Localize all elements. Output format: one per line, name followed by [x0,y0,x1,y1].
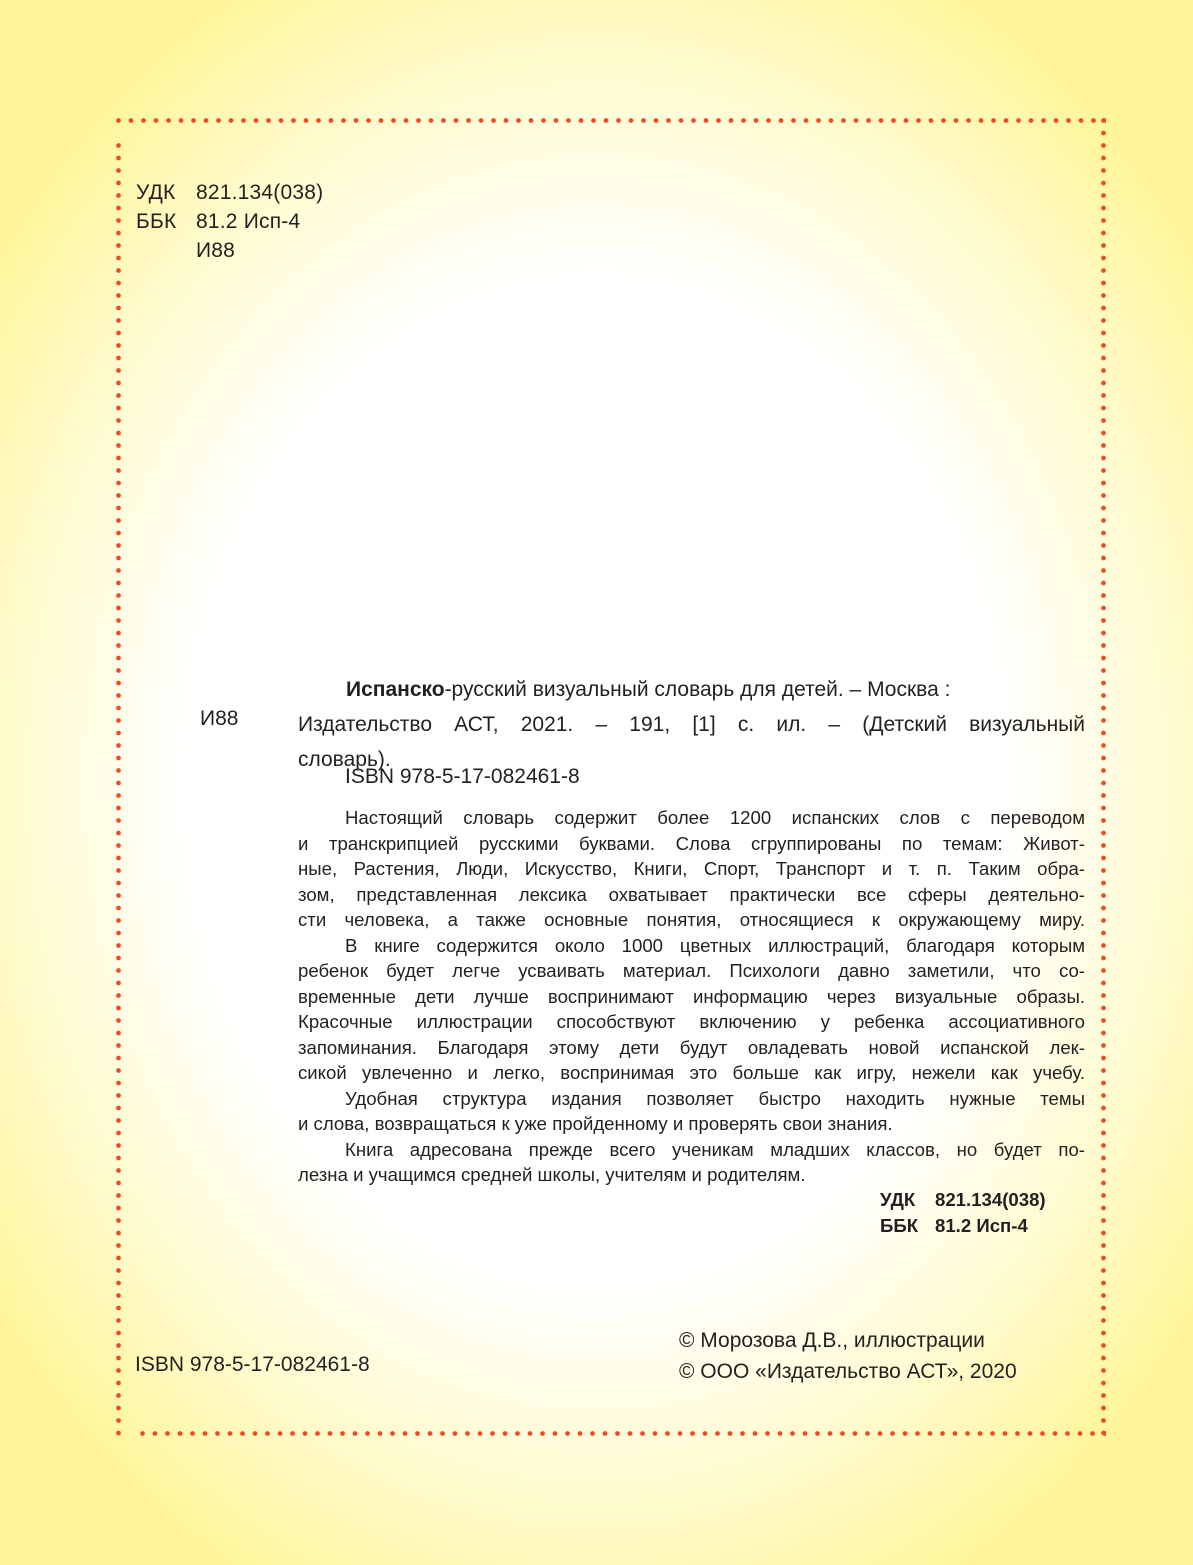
bibliographic-entry: Испанско-русский визуальный словарь для … [298,672,1085,777]
copyright-block: © Морозова Д.В., иллюстрации © ООО «Изда… [679,1325,1017,1387]
udk-label: УДК [880,1187,935,1213]
biblio-line-1: Испанско-русский визуальный словарь для … [298,672,1085,707]
annotation-line: сикой увлеченно и легко, воспринимая это… [298,1060,1085,1086]
annotation-paragraph-1: Настоящий словарь содержит более 1200 ис… [298,805,1085,933]
bbk-value: 81.2 Исп-4 [196,207,300,236]
copyright-illustrations: © Морозова Д.В., иллюстрации [679,1325,1017,1356]
border-bottom-dots [140,1431,1106,1436]
annotation-line: В книге содержится около 1000 цветных ил… [298,933,1085,959]
udk-row: УДК821.134(038) [136,178,323,207]
annotation-line: ные, Растения, Люди, Искусство, Книги, С… [298,856,1085,882]
udk-value: 821.134(038) [196,178,323,207]
classification-top: УДК821.134(038) ББК81.2 Исп-4 И88 [136,178,323,265]
bbk-row: ББК81.2 Исп-4 [136,207,323,236]
bbk-label: ББК [136,207,196,236]
annotation-line: Настоящий словарь содержит более 1200 ис… [298,805,1085,831]
udk-value: 821.134(038) [935,1189,1046,1210]
annotation-paragraph-4: Книга адресована прежде всего ученикам м… [298,1137,1085,1188]
annotation-line: ребенок будет легче усваивать материал. … [298,958,1085,984]
annotation-paragraph-2: В книге содержится около 1000 цветных ил… [298,933,1085,1086]
udk-label: УДК [136,178,196,207]
annotation-line: и транскрипцией русскими буквами. Слова … [298,831,1085,857]
bbk-row-bottom: ББК81.2 Исп-4 [880,1213,1046,1239]
border-right-dots [1101,118,1106,1436]
annotation-line: запоминания. Благодаря этому дети будут … [298,1035,1085,1061]
author-mark-top: И88 [136,236,323,265]
biblio-title-rest: -русский визуальный словарь для детей. –… [445,678,951,701]
bbk-label: ББК [880,1213,935,1239]
annotation-line: зом, представленная лексика охватывает п… [298,882,1085,908]
copyright-publisher: © ООО «Издательство АСТ», 2020 [679,1356,1017,1387]
catalog-author-mark: И88 [200,707,238,731]
annotation-line: и слова, возвращаться к уже пройденному … [298,1111,1085,1137]
border-top-dots [116,118,1106,123]
bbk-value: 81.2 Исп-4 [935,1215,1028,1236]
udk-row-bottom: УДК821.134(038) [880,1187,1046,1213]
annotation-line: лезна и учащимся средней школы, учителям… [298,1162,1085,1188]
annotation-line: Красочные иллюстрации способствуют включ… [298,1009,1085,1035]
annotation-line: временные дети лучше воспринимают информ… [298,984,1085,1010]
annotation-paragraph-3: Удобная структура издания позволяет быст… [298,1086,1085,1137]
classification-bottom: УДК821.134(038) ББК81.2 Исп-4 [880,1187,1046,1239]
border-left-dots [116,143,121,1436]
biblio-title-bold: Испанско [346,678,445,701]
footer-isbn: ISBN 978-5-17-082461-8 [135,1353,370,1377]
annotation-line: Книга адресована прежде всего ученикам м… [298,1137,1085,1163]
annotation: Настоящий словарь содержит более 1200 ис… [298,805,1085,1188]
biblio-line-2: Издательство АСТ, 2021. – 191, [1] с. ил… [298,707,1085,742]
annotation-line: сти человека, а также основные понятия, … [298,907,1085,933]
catalog-isbn: ISBN 978-5-17-082461-8 [345,765,580,789]
annotation-line: Удобная структура издания позволяет быст… [298,1086,1085,1112]
